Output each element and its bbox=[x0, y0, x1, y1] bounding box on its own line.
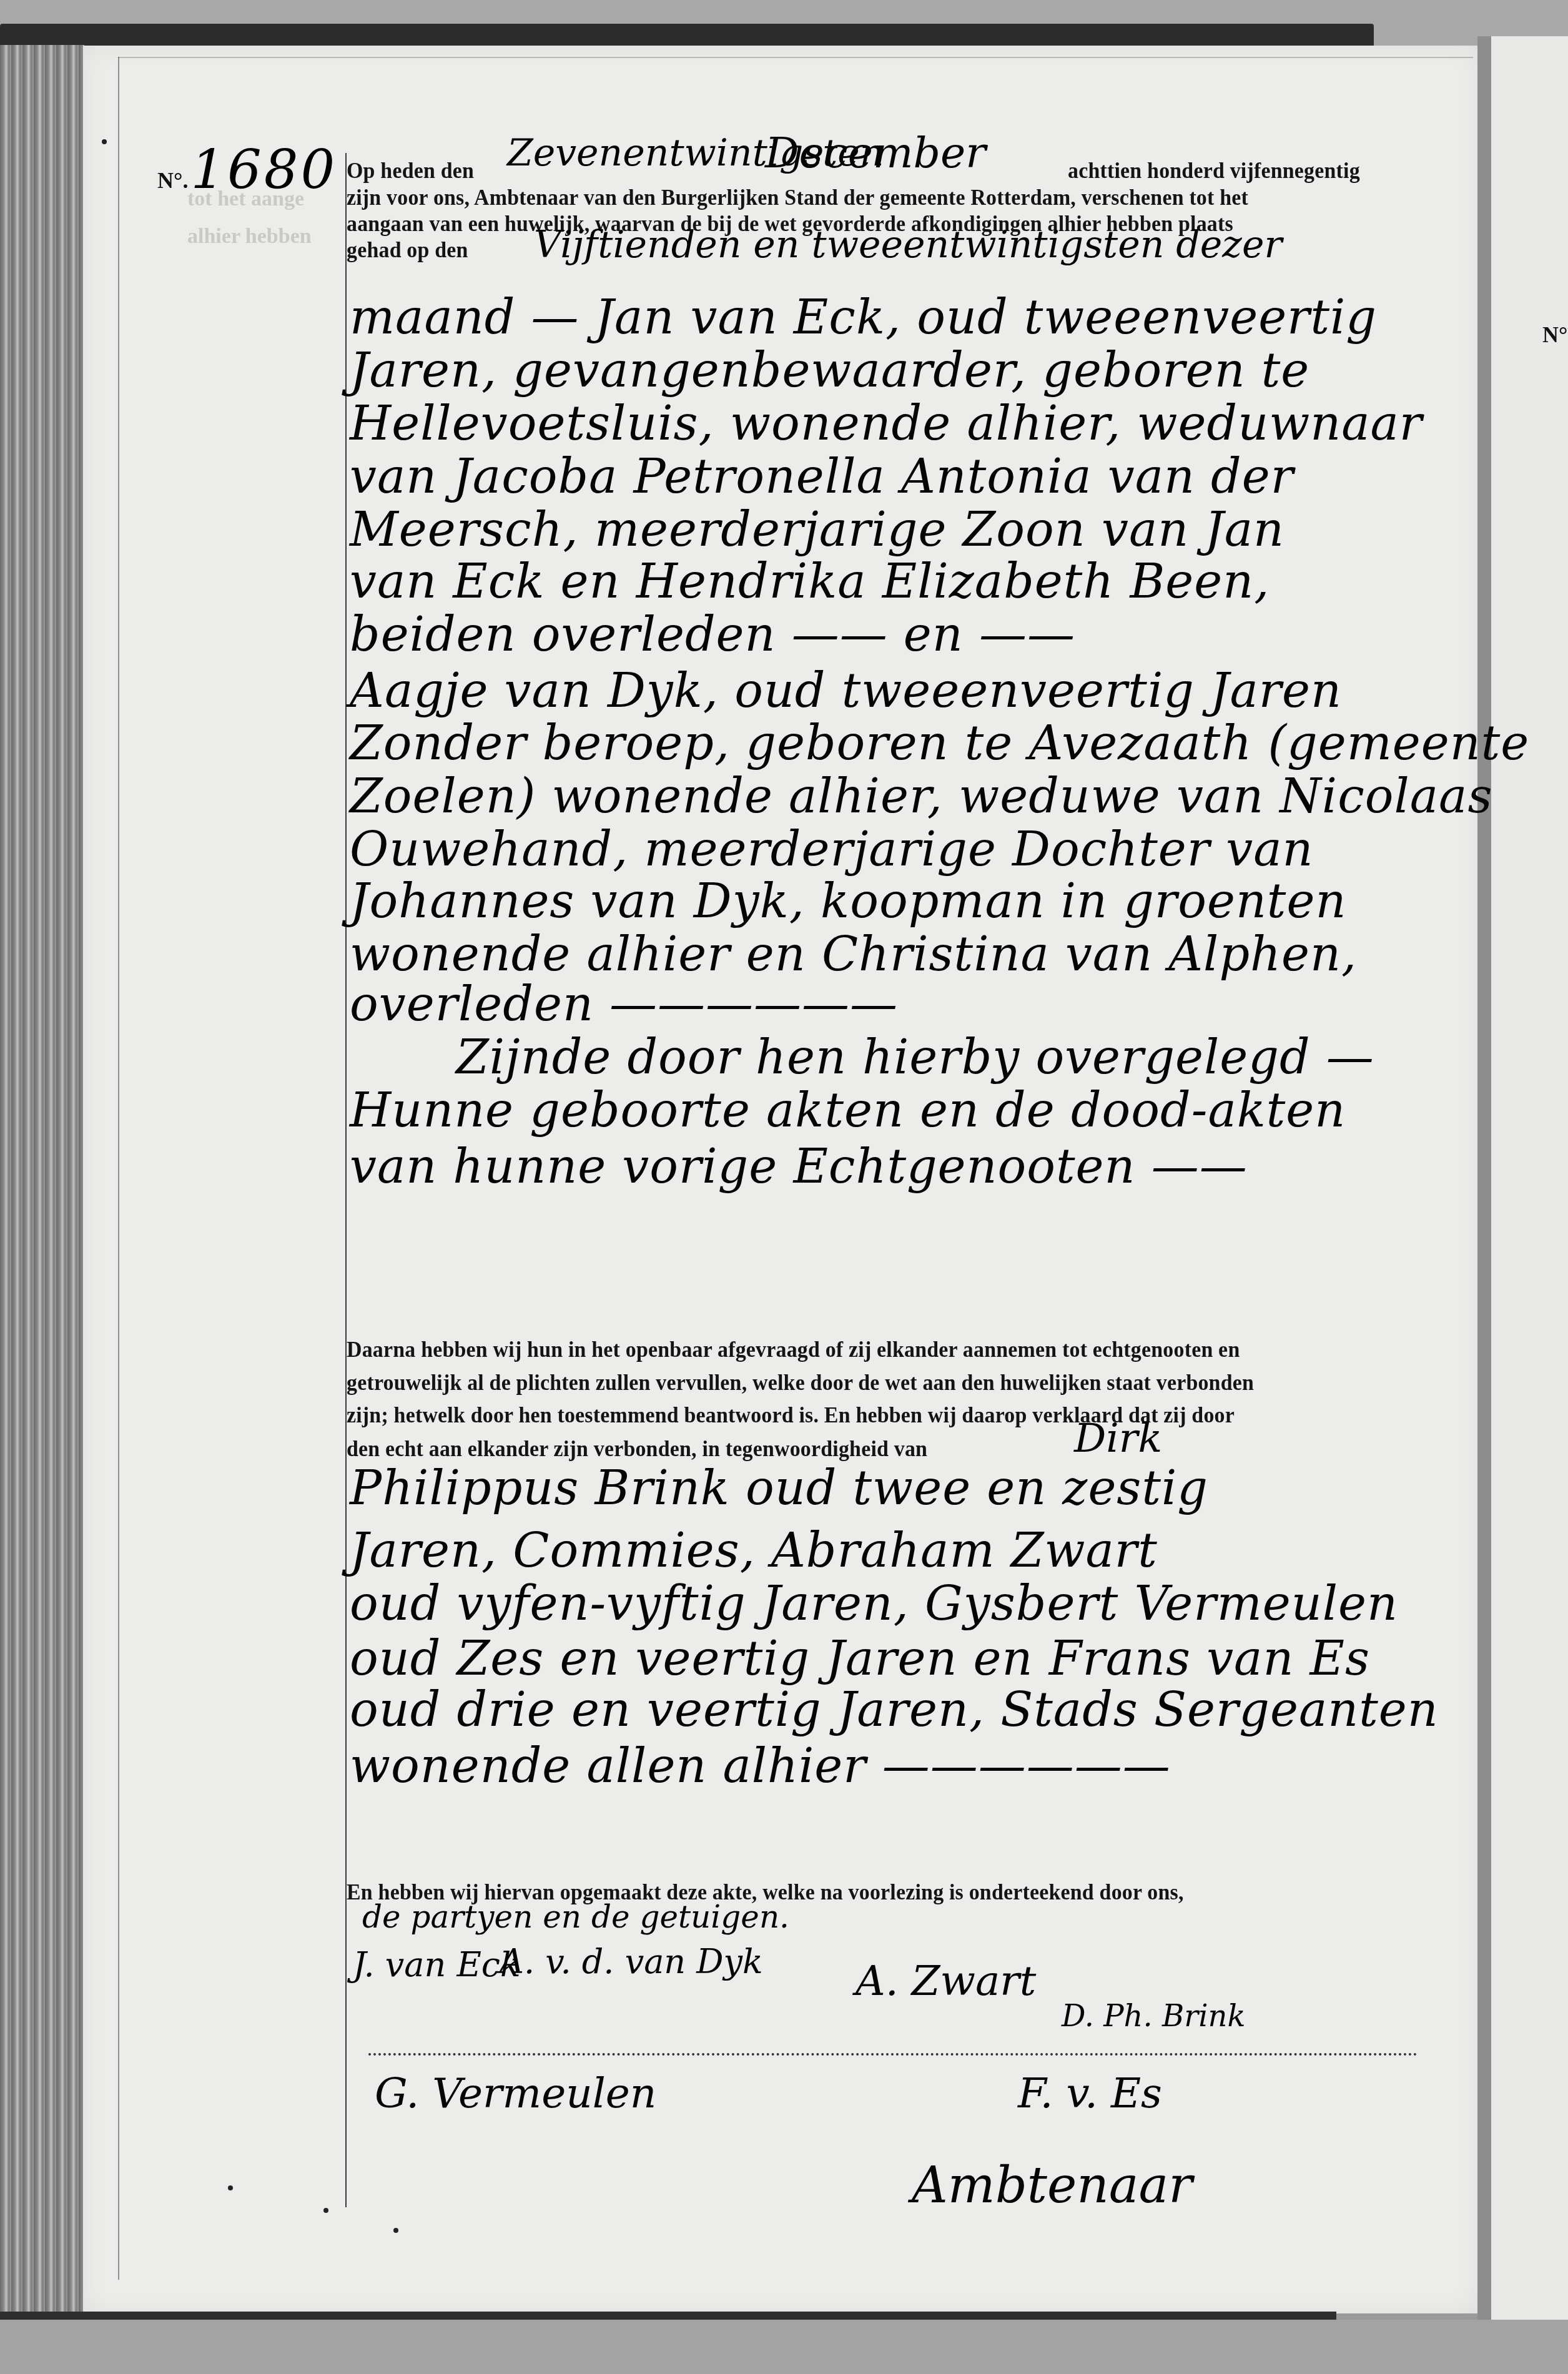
witness-line: oud Zes en veertig Jaren en Frans van Es bbox=[350, 1635, 1370, 1682]
ink-speck bbox=[393, 2228, 398, 2233]
printed-line-1: Op heden den bbox=[347, 159, 474, 182]
ink-speck bbox=[228, 2185, 233, 2190]
ink-speck bbox=[323, 2208, 328, 2213]
witness-line: oud drie en veertig Jaren, Stads Sergean… bbox=[350, 1686, 1439, 1733]
body-line: Ouwehand, meerderjarige Dochter van bbox=[350, 825, 1313, 873]
printed-consent-1: Daarna hebben wij hun in het openbaar af… bbox=[347, 1338, 1240, 1361]
witness-line: Jaren, Commies, Abraham Zwart bbox=[350, 1527, 1158, 1574]
page-frame-left bbox=[118, 57, 119, 2280]
body-line: Jaren, gevangenbewaarder, geboren te bbox=[350, 347, 1309, 394]
book-gutter bbox=[1477, 36, 1491, 2322]
body-line: Johannes van Dyk, koopman in groenten bbox=[350, 877, 1346, 925]
body-line: Meersch, meerderjarige Zoon van Jan bbox=[350, 506, 1284, 553]
printed-line-2: zijn voor ons, Ambtenaar van den Burgerl… bbox=[347, 186, 1248, 209]
body-line: Aagje van Dyk, oud tweeenveertig Jaren bbox=[350, 667, 1342, 714]
documents-line: Hunne geboorte akten en de dood-akten bbox=[350, 1086, 1346, 1134]
facing-page bbox=[1491, 36, 1568, 2322]
body-line: Hellevoetsluis, wonende alhier, weduwnaa… bbox=[350, 400, 1423, 447]
handwritten-month: December bbox=[765, 132, 986, 175]
body-line: van Jacoba Petronella Antonia van der bbox=[350, 453, 1294, 500]
record-number-value: 1680 bbox=[190, 139, 337, 201]
signature-witness-zwart: A. Zwart bbox=[855, 1961, 1036, 2002]
body-line: Zoelen) wonende alhier, weduwe van Nicol… bbox=[350, 772, 1492, 820]
bleed-through-text: alhier hebben bbox=[187, 225, 312, 249]
page-stack-edge bbox=[0, 45, 84, 2318]
documents-line: van hunne vorige Echtgenooten —— bbox=[350, 1143, 1248, 1190]
body-line: maand — Jan van Eck, oud tweeenveertig bbox=[350, 293, 1377, 341]
witness-line: oud vyfen-vyftig Jaren, Gysbert Vermeule… bbox=[350, 1580, 1398, 1627]
body-line: beiden overleden —— en —— bbox=[350, 611, 1075, 658]
printed-text: Op heden den bbox=[347, 157, 474, 183]
facing-page-number-label: N° bbox=[1542, 322, 1567, 348]
signature-groom: J. van Eck bbox=[353, 1948, 521, 1982]
witness-first-name: Dirk bbox=[1074, 1419, 1162, 1459]
signature-witness-brink: D. Ph. Brink bbox=[1062, 2001, 1246, 2031]
witness-line: wonende allen alhier —————— bbox=[350, 1742, 1171, 1790]
record-number: N°. 1680 bbox=[157, 139, 337, 201]
signature-bride: A. v. d. van Dyk bbox=[500, 1945, 763, 1979]
printed-line-1-end: achttien honderd vijfennegentig bbox=[1068, 159, 1360, 182]
ink-speck bbox=[102, 139, 107, 144]
signature-dotted-rule bbox=[368, 2053, 1418, 2056]
record-number-label: N°. bbox=[157, 167, 188, 194]
closing-handwritten-addition: de partyen en de getuigen. bbox=[362, 1901, 789, 1933]
body-line: Zonder beroep, geboren te Avezaath (geme… bbox=[350, 719, 1529, 767]
signature-registrar: Ambtenaar bbox=[912, 2160, 1193, 2210]
witness-line: Philippus Brink oud twee en zestig bbox=[350, 1464, 1208, 1512]
body-line: van Eck en Hendrika Elizabeth Been, bbox=[350, 558, 1270, 605]
printed-consent-4: den echt aan elkander zijn verbonden, in… bbox=[347, 1437, 927, 1460]
printed-consent-2: getrouwelijk al de plichten zullen vervu… bbox=[347, 1371, 1254, 1394]
signature-witness-van-es: F. v. Es bbox=[1018, 2073, 1162, 2114]
documents-line: Zijnde door hen hierby overgelegd — bbox=[456, 1033, 1374, 1081]
body-line: overleden —————— bbox=[350, 980, 898, 1028]
handwritten-proclamation-dates: Vijftienden en tweeentwintigsten dezer bbox=[534, 226, 1282, 264]
body-line: wonende alhier en Christina van Alphen, bbox=[350, 930, 1357, 978]
scan-background-bottom bbox=[0, 2320, 1568, 2374]
printed-line-4: gehad op den bbox=[347, 239, 468, 262]
signature-witness-vermeulen: G. Vermeulen bbox=[375, 2073, 656, 2114]
page-frame-top bbox=[118, 57, 1473, 58]
book-cover-top-edge bbox=[0, 24, 1374, 47]
